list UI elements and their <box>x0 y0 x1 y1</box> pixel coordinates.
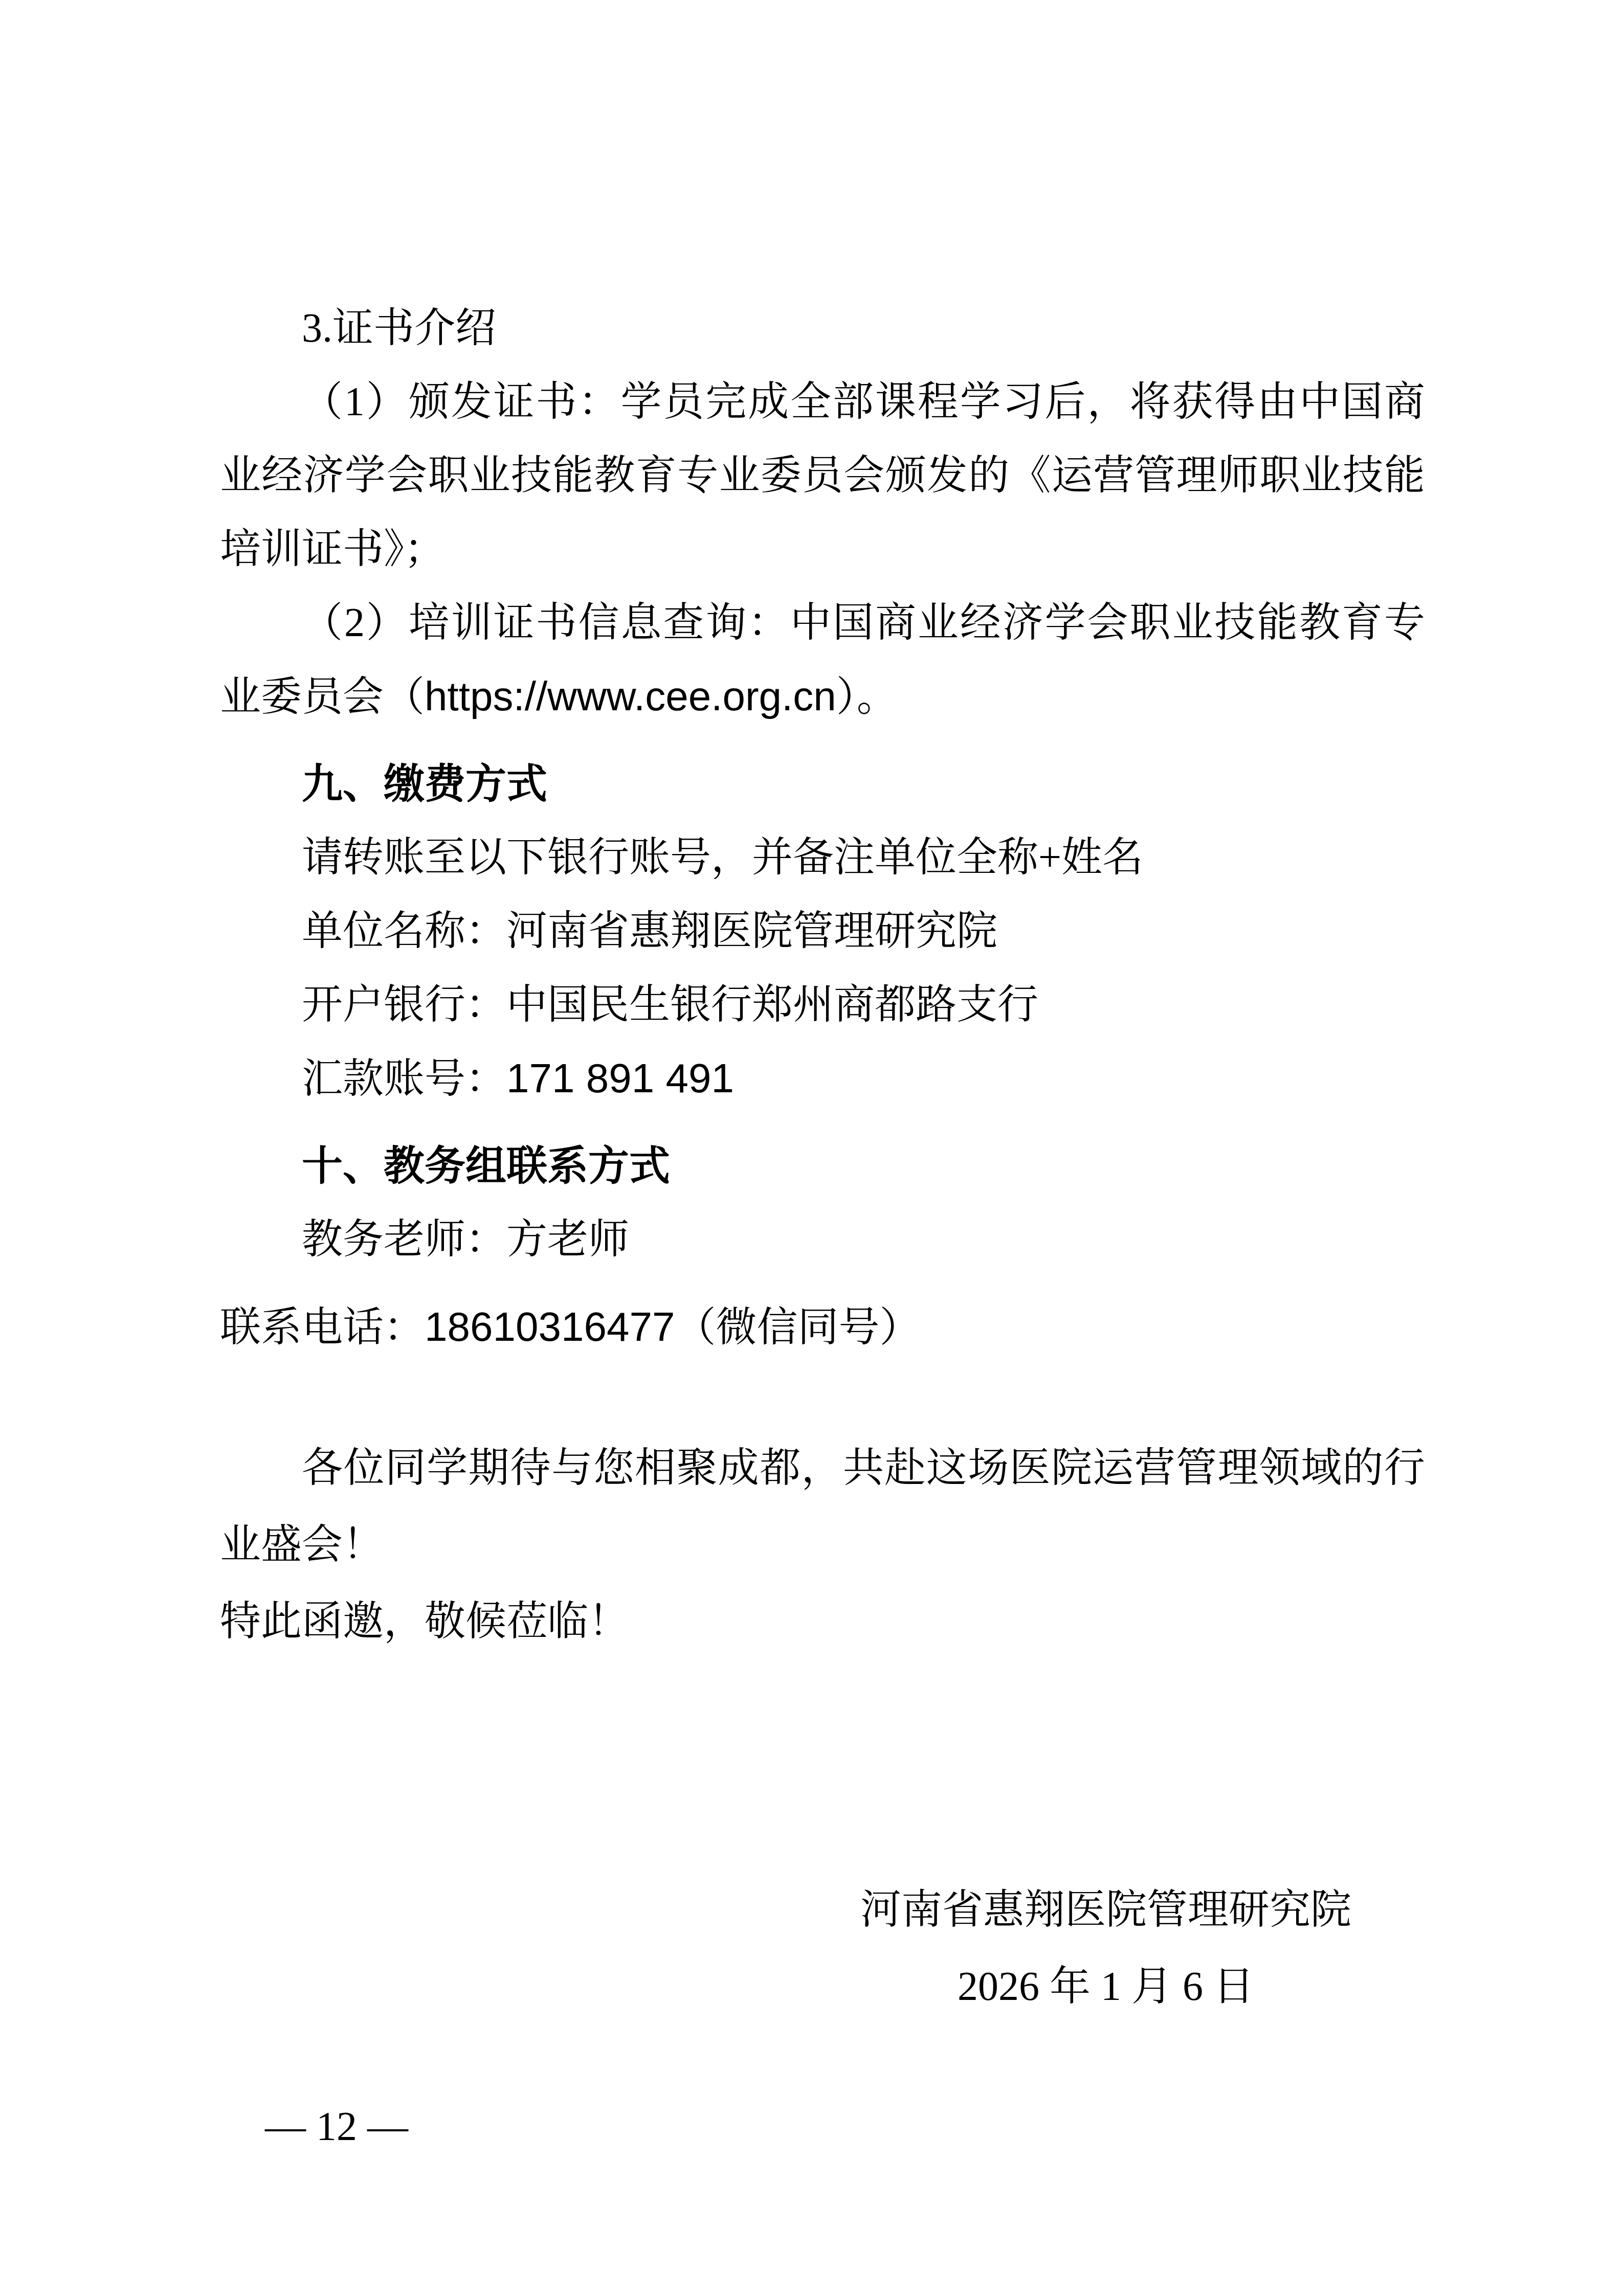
closing-line-3: 特此函邀，敬候莅临！ <box>220 1585 1425 1658</box>
document-content: 3.证书介绍 （1）颁发证书：学员完成全部课程学习后，将获得由中国商 业经济学会… <box>0 0 1624 2164</box>
signature-organization: 河南省惠翔医院管理研究院 <box>748 1873 1464 1947</box>
document-page: 3.证书介绍 （1）颁发证书：学员完成全部课程学习后，将获得由中国商 业经济学会… <box>0 0 1624 2296</box>
query-paragraph-line-1: （2）培训证书信息查询：中国商业经济学会职业技能教育专 <box>220 586 1425 660</box>
page-number: — 12 — <box>265 2090 1425 2164</box>
query-paragraph-line-2: 业委员会（https://www.cee.org.cn）。 <box>220 660 1425 734</box>
bank-line: 开户银行：中国民生银行郑州商都路支行 <box>220 968 1425 1042</box>
contact-section-heading: 十、教务组联系方式 <box>220 1129 1425 1203</box>
payment-section-heading: 九、缴费方式 <box>220 747 1425 821</box>
query-suffix-text: ）。 <box>836 674 898 719</box>
account-number: 171 891 491 <box>506 1055 734 1101</box>
payment-note: 请转账至以下银行账号，并备注单位全称+姓名 <box>220 821 1425 894</box>
cert-paragraph-line-2: 业经济学会职业技能教育专业委员会颁发的《运营管理师职业技能 <box>220 439 1425 512</box>
cert-paragraph-line-1: （1）颁发证书：学员完成全部课程学习后，将获得由中国商 <box>220 365 1425 439</box>
closing-line-1: 各位同学期待与您相聚成都，共赴这场医院运营管理领域的行 <box>220 1431 1425 1505</box>
phone-line: 联系电话：18610316477（微信同号） <box>220 1290 1425 1364</box>
cert-paragraph-line-3: 培训证书》； <box>220 512 1425 586</box>
phone-label: 联系电话： <box>220 1305 425 1350</box>
account-name-line: 单位名称：河南省惠翔医院管理研究院 <box>220 894 1425 968</box>
remittance-line: 汇款账号：171 891 491 <box>220 1042 1425 1116</box>
website-url: https://www.cee.org.cn <box>425 673 836 719</box>
query-prefix-text: 业委员会（ <box>220 674 425 719</box>
phone-suffix-text: （微信同号） <box>675 1305 920 1350</box>
signature-block: 河南省惠翔医院管理研究院 2026 年 1 月 6 日 <box>748 1873 1464 2023</box>
signature-date: 2026 年 1 月 6 日 <box>748 1950 1464 2023</box>
closing-line-2: 业盛会！ <box>220 1508 1425 1582</box>
teacher-line: 教务老师：方老师 <box>220 1203 1425 1276</box>
remittance-label: 汇款账号： <box>302 1056 506 1101</box>
phone-number: 18610316477 <box>425 1304 675 1349</box>
cert-intro-heading: 3.证书介绍 <box>220 291 1425 365</box>
